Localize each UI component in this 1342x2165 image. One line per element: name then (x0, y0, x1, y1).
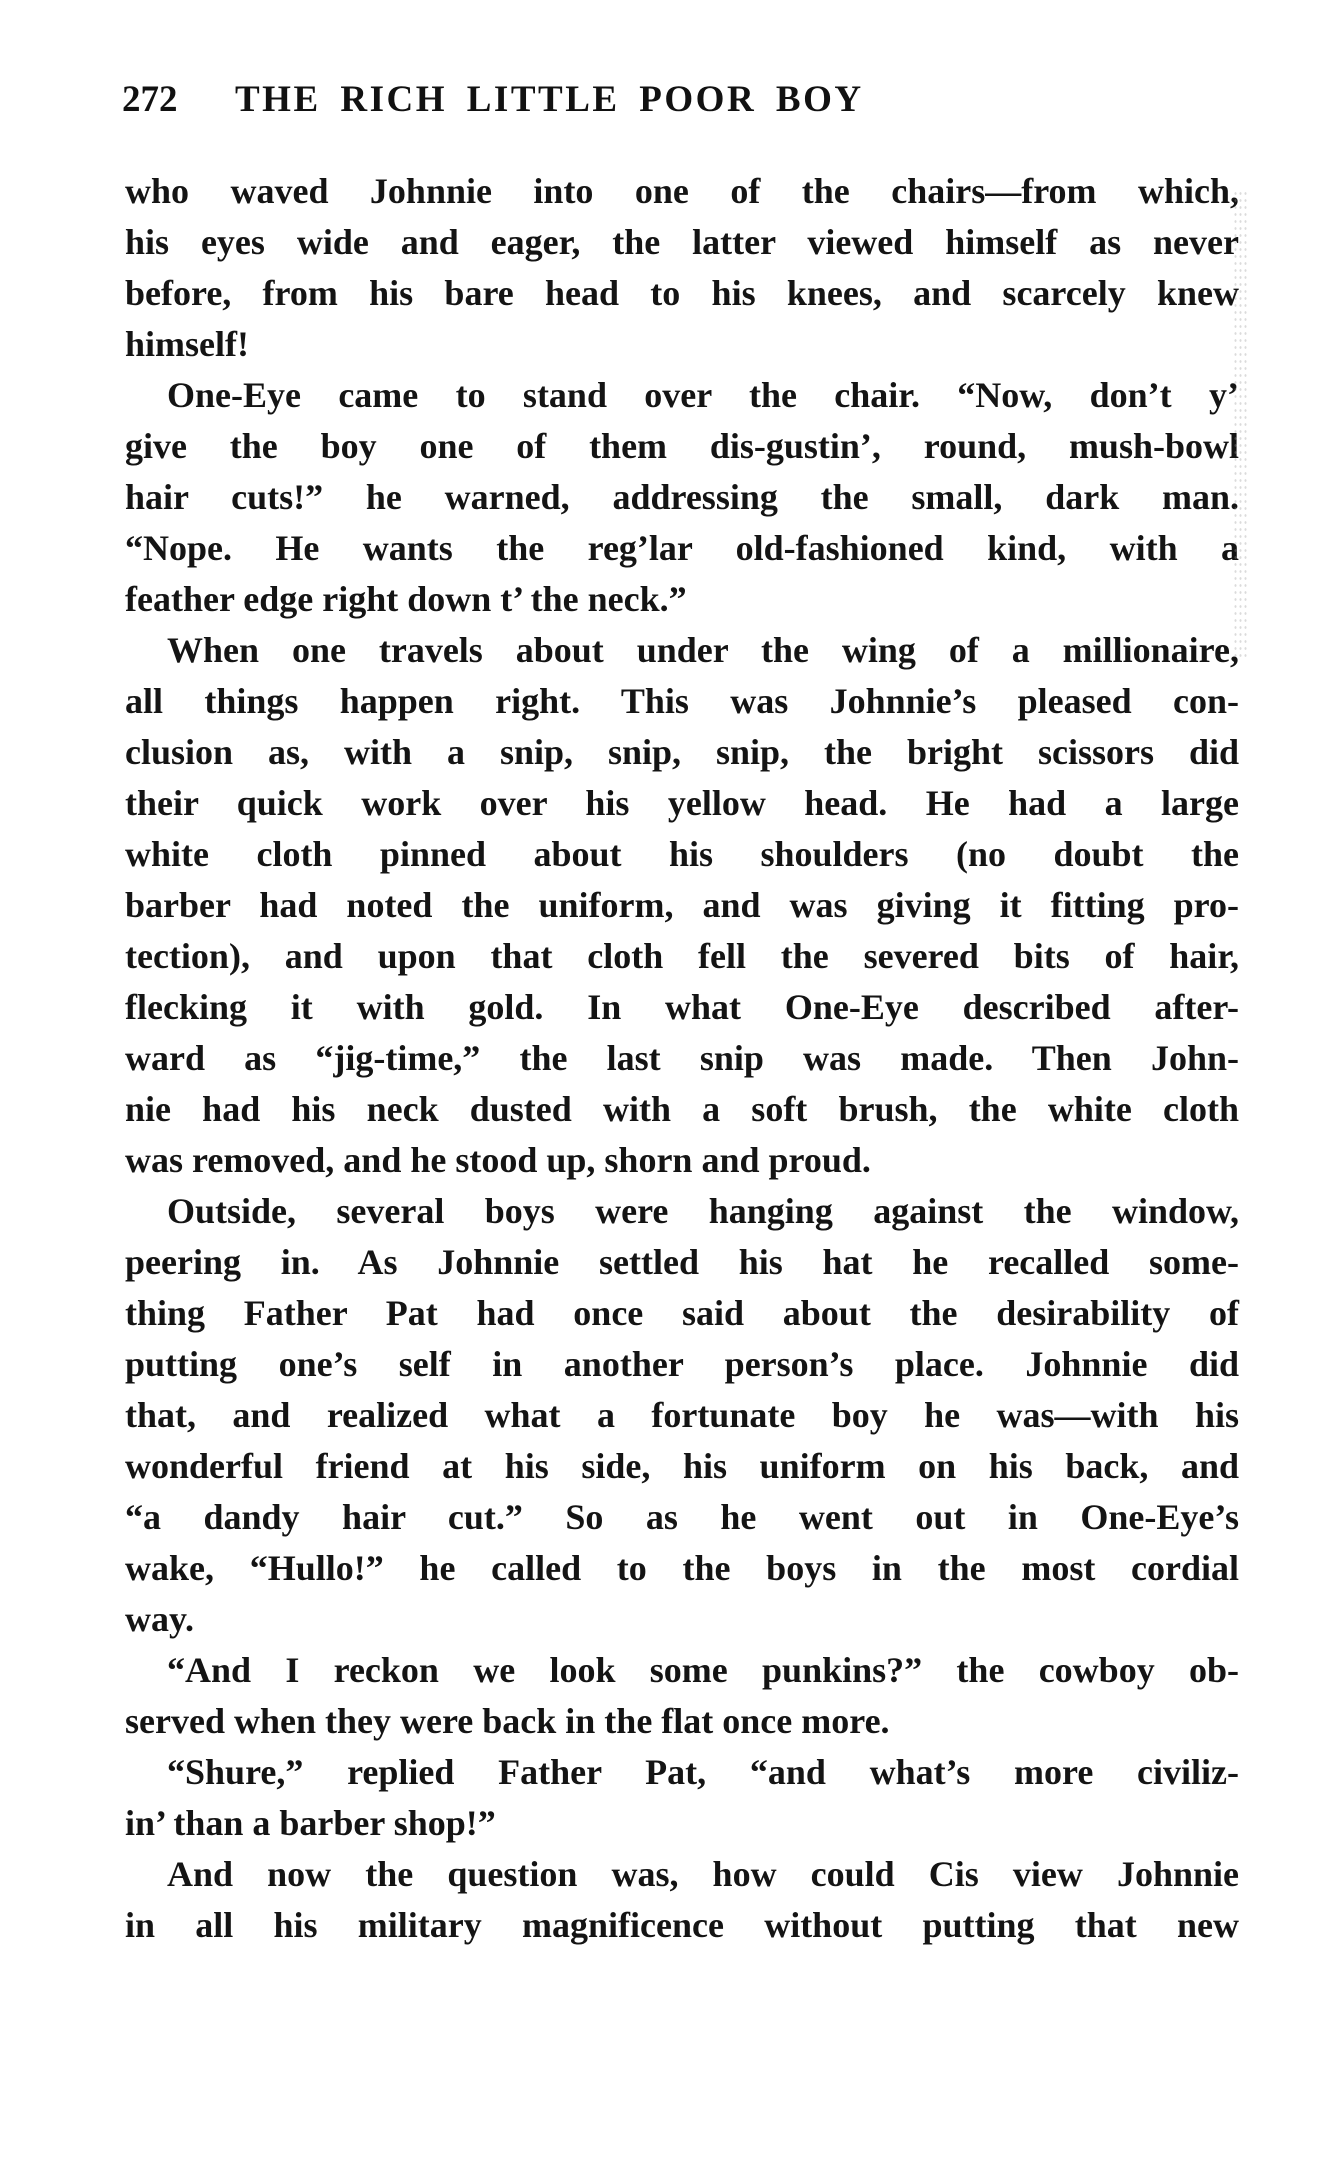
text-line: their quick work over his yellow head. H… (125, 778, 1239, 829)
paragraph-start-line: One-Eye came to stand over the chair. “N… (125, 370, 1239, 421)
text-line: who waved Johnnie into one of the chairs… (125, 166, 1239, 217)
running-title: THE RICH LITTLE POOR BOY (235, 78, 864, 121)
text-line: barber had noted the uniform, and was gi… (125, 880, 1239, 931)
text-line: wake, “Hullo!” he called to the boys in … (125, 1543, 1239, 1594)
text-line: was removed, and he stood up, shorn and … (125, 1135, 1239, 1186)
text-line: himself! (125, 319, 1239, 370)
text-line: ward as “jig-time,” the last snip was ma… (125, 1033, 1239, 1084)
page-number: 272 (122, 78, 178, 121)
text-line: before, from his bare head to his knees,… (125, 268, 1239, 319)
text-line: feather edge right down t’ the neck.” (125, 574, 1239, 625)
scan-noise-margin (1233, 190, 1247, 660)
book-page: 272 THE RICH LITTLE POOR BOY who waved J… (0, 0, 1342, 2165)
paragraph-start-line: Outside, several boys were hanging again… (125, 1186, 1239, 1237)
paragraph-start-line: When one travels about under the wing of… (125, 625, 1239, 676)
running-header: 272 THE RICH LITTLE POOR BOY (122, 78, 1122, 128)
text-line: his eyes wide and eager, the latter view… (125, 217, 1239, 268)
text-line: putting one’s self in another person’s p… (125, 1339, 1239, 1390)
text-line: “a dandy hair cut.” So as he went out in… (125, 1492, 1239, 1543)
text-line: “Nope. He wants the reg’lar old-fashione… (125, 523, 1239, 574)
paragraph-start-line: And now the question was, how could Cis … (125, 1849, 1239, 1900)
text-line: tection), and upon that cloth fell the s… (125, 931, 1239, 982)
text-line: clusion as, with a snip, snip, snip, the… (125, 727, 1239, 778)
text-line: hair cuts!” he warned, addressing the sm… (125, 472, 1239, 523)
text-line: give the boy one of them dis-gustin’, ro… (125, 421, 1239, 472)
text-line: nie had his neck dusted with a soft brus… (125, 1084, 1239, 1135)
text-line: wonderful friend at his side, his unifor… (125, 1441, 1239, 1492)
text-line: all things happen right. This was Johnni… (125, 676, 1239, 727)
text-line: flecking it with gold. In what One-Eye d… (125, 982, 1239, 1033)
text-line: way. (125, 1594, 1239, 1645)
body-text: who waved Johnnie into one of the chairs… (125, 166, 1239, 1951)
text-line: thing Father Pat had once said about the… (125, 1288, 1239, 1339)
text-line: that, and realized what a fortunate boy … (125, 1390, 1239, 1441)
text-line: in all his military magnificence without… (125, 1900, 1239, 1951)
paragraph-start-line: “Shure,” replied Father Pat, “and what’s… (125, 1747, 1239, 1798)
text-line: white cloth pinned about his shoulders (… (125, 829, 1239, 880)
paragraph-start-line: “And I reckon we look some punkins?” the… (125, 1645, 1239, 1696)
text-line: peering in. As Johnnie settled his hat h… (125, 1237, 1239, 1288)
text-line: served when they were back in the flat o… (125, 1696, 1239, 1747)
text-line: in’ than a barber shop!” (125, 1798, 1239, 1849)
